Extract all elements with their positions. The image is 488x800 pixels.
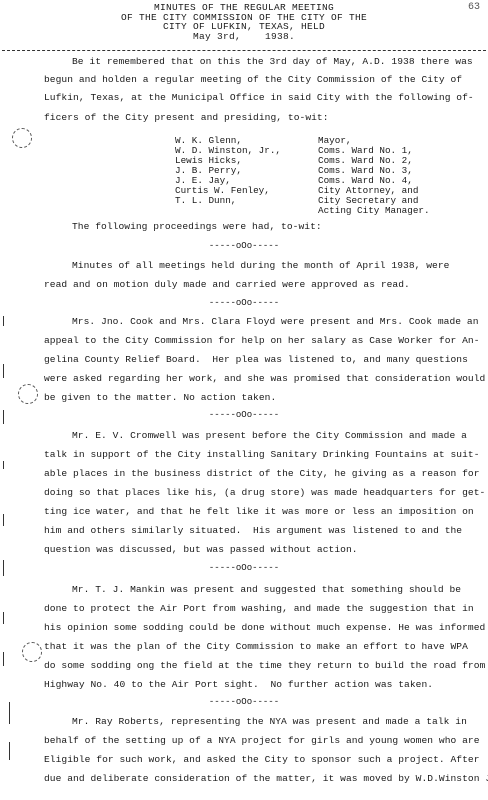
- intro-line: Lufkin, Texas, at the Municipal Office i…: [44, 92, 474, 103]
- margin-mark: [9, 742, 10, 760]
- paragraph-line: Eligible for such work, and asked the Ci…: [44, 754, 480, 765]
- intro-line: Be it remembered that on this the 3rd da…: [72, 56, 473, 67]
- paragraph-line: him and others similarly situated. His a…: [44, 525, 462, 536]
- punch-hole-icon: [18, 384, 38, 404]
- paragraph-line: ting ice water, and that he felt like it…: [44, 506, 474, 517]
- margin-mark: [9, 702, 10, 724]
- paragraph-line: doing so that places like his, (a drug s…: [44, 487, 485, 498]
- margin-mark: [3, 316, 4, 326]
- paragraph-line: Minutes of all meetings held during the …: [72, 260, 449, 271]
- paragraph-line: be given to the matter. No action taken.: [44, 392, 276, 403]
- paragraph-line: do some sodding ong the field at the tim…: [44, 660, 485, 671]
- paragraph-line: due and deliberate consideration of the …: [44, 773, 488, 784]
- paragraph-line: able places in the business district of …: [44, 468, 480, 479]
- paragraph-line: Mr. E. V. Cromwell was present before th…: [72, 430, 467, 441]
- margin-mark: [3, 652, 4, 666]
- paragraph-line: done to protect the Air Port from washin…: [44, 603, 474, 614]
- document-page: 63 MINUTES OF THE REGULAR MEETING OF THE…: [0, 0, 488, 800]
- paragraph-line: behalf of the setting up of a NYA projec…: [44, 735, 480, 746]
- paragraph-line: Mr. Ray Roberts, representing the NYA wa…: [72, 716, 467, 727]
- title-line: May 3rd, 1938.: [0, 32, 488, 42]
- section-separator: -----oOo-----: [0, 697, 488, 707]
- section-separator: -----oOo-----: [0, 241, 488, 251]
- intro-line: ficers of the City present and presiding…: [44, 112, 329, 123]
- section-separator: -----oOo-----: [0, 410, 488, 420]
- margin-mark: [3, 461, 4, 469]
- margin-mark: [3, 364, 4, 378]
- margin-mark: [3, 514, 4, 526]
- paragraph-line: were asked regarding her work, and she w…: [44, 373, 485, 384]
- paragraph-line: Mrs. Jno. Cook and Mrs. Clara Floyd were…: [72, 316, 479, 327]
- paragraph-line: question was discussed, but was passed w…: [44, 544, 358, 555]
- proceedings-intro: The following proceedings were had, to-w…: [72, 221, 322, 232]
- punch-hole-icon: [12, 128, 32, 148]
- paragraph-line: talk in support of the City installing S…: [44, 449, 480, 460]
- margin-mark: [3, 560, 4, 576]
- document-title: MINUTES OF THE REGULAR MEETING OF THE CI…: [0, 3, 488, 41]
- punch-hole-icon: [22, 642, 42, 662]
- paragraph-line: read and on motion duly made and carried…: [44, 279, 410, 290]
- officer-name: T. L. Dunn,: [175, 196, 236, 206]
- margin-mark: [3, 410, 4, 424]
- section-separator: -----oOo-----: [0, 298, 488, 308]
- paragraph-line: Highway No. 40 to the Air Port sight. No…: [44, 679, 433, 690]
- paragraph-line: gelina County Relief Board. Her plea was…: [44, 354, 468, 365]
- margin-mark: [3, 612, 4, 624]
- officer-title: Acting City Manager.: [318, 206, 430, 216]
- paragraph-line: Mr. T. J. Mankin was present and suggest…: [72, 584, 461, 595]
- intro-line: begun and holden a regular meeting of th…: [44, 74, 462, 85]
- paragraph-line: appeal to the City Commission for help o…: [44, 335, 480, 346]
- paragraph-line: his opinion some sodding could be done w…: [44, 622, 485, 633]
- title-divider: [2, 50, 486, 51]
- paragraph-line: that it was the plan of the City Commiss…: [44, 641, 468, 652]
- section-separator: -----oOo-----: [0, 563, 488, 573]
